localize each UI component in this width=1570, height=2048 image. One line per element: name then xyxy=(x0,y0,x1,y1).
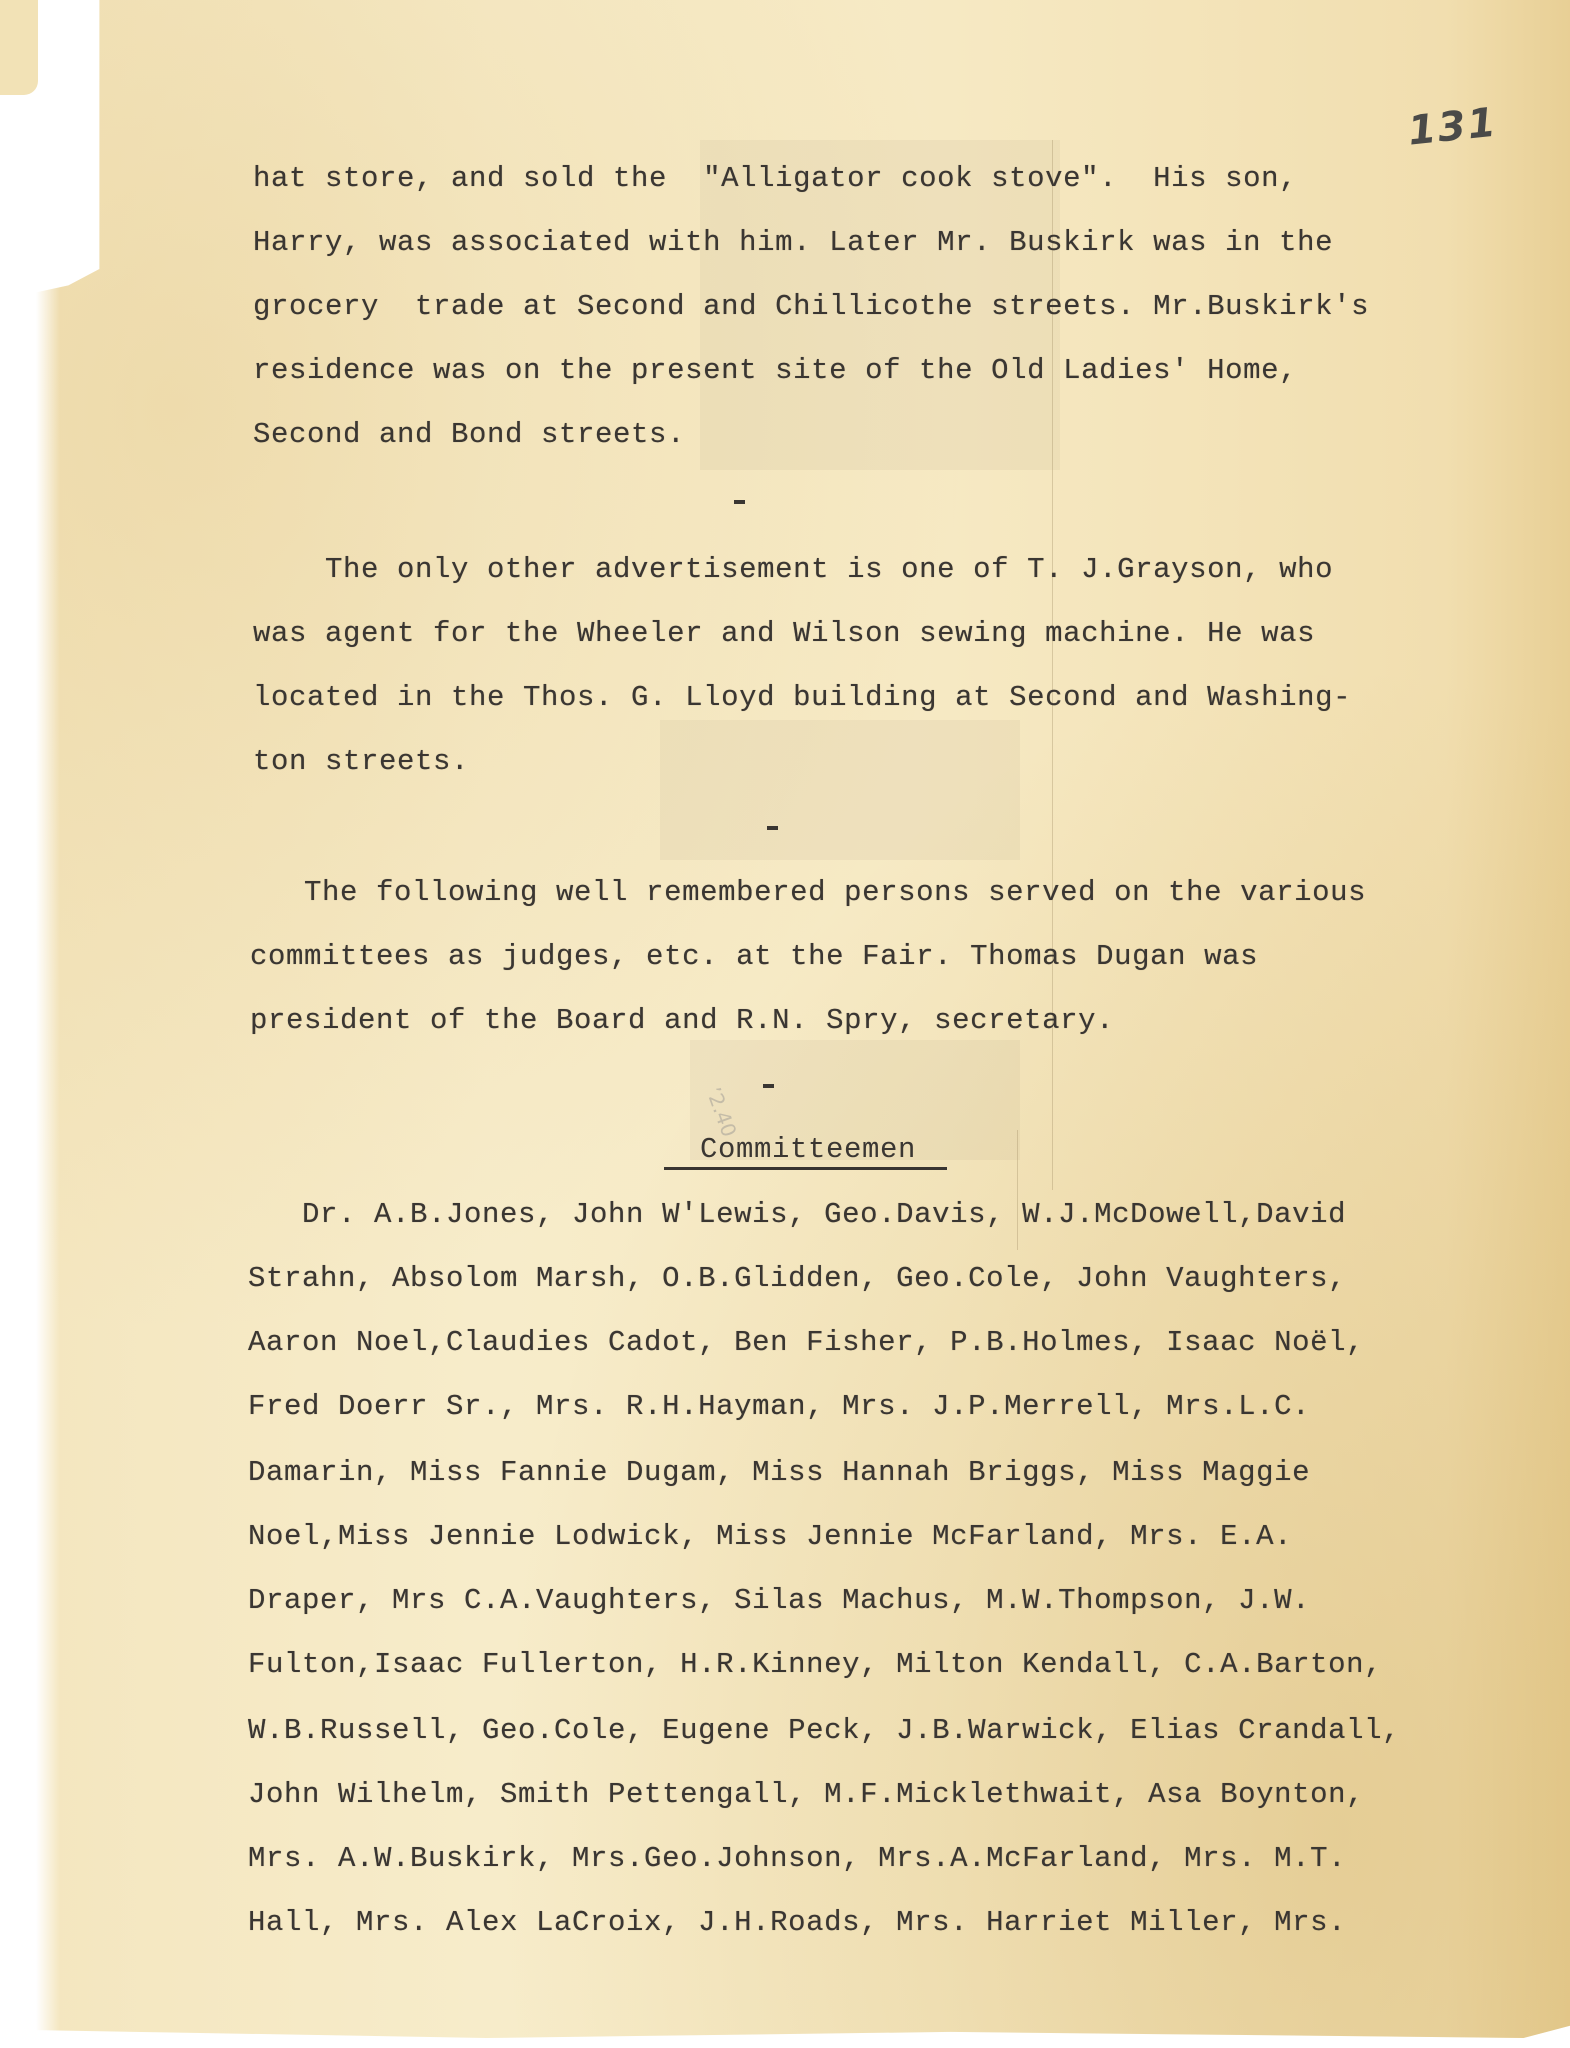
text-line: president of the Board and R.N. Spry, se… xyxy=(250,1004,1114,1037)
committee-heading: Committeemen xyxy=(700,1133,916,1166)
text-line: committees as judges, etc. at the Fair. … xyxy=(250,940,1258,973)
text-line: Mrs. A.W.Buskirk, Mrs.Geo.Johnson, Mrs.A… xyxy=(248,1842,1346,1875)
fold-line xyxy=(1017,1130,1018,1250)
text-line: Damarin, Miss Fannie Dugam, Miss Hannah … xyxy=(248,1456,1310,1489)
paragraph-2: The only other advertisement is one of T… xyxy=(253,553,289,718)
paragraph-1: hat store, and sold the "Alligator cook … xyxy=(253,162,289,360)
text-line: Fulton,Isaac Fullerton, H.R.Kinney, Milt… xyxy=(248,1648,1382,1681)
bleed-through-patch xyxy=(660,720,1020,860)
text-line: grocery trade at Second and Chillicothe … xyxy=(253,290,1369,323)
text-line: Hall, Mrs. Alex LaCroix, J.H.Roads, Mrs.… xyxy=(248,1906,1346,1939)
text-line: Aaron Noel,Claudies Cadot, Ben Fisher, P… xyxy=(248,1326,1364,1359)
text-line: Noel,Miss Jennie Lodwick, Miss Jennie Mc… xyxy=(248,1520,1292,1553)
section-separator xyxy=(734,500,745,504)
text-line: was agent for the Wheeler and Wilson sew… xyxy=(253,617,1315,650)
text-line: residence was on the present site of the… xyxy=(253,354,1297,387)
section-separator xyxy=(767,826,778,830)
text-line: The only other advertisement is one of T… xyxy=(253,553,1333,586)
page-number: 131 xyxy=(1406,99,1500,154)
text-line: Strahn, Absolom Marsh, O.B.Glidden, Geo.… xyxy=(248,1262,1346,1295)
text-line: hat store, and sold the "Alligator cook … xyxy=(253,162,1297,195)
paragraph-3: The following well remembered persons se… xyxy=(250,876,286,1008)
text-line: Fred Doerr Sr., Mrs. R.H.Hayman, Mrs. J.… xyxy=(248,1390,1310,1423)
section-separator xyxy=(763,1084,774,1088)
text-line: ton streets. xyxy=(253,745,469,778)
text-line: Harry, was associated with him. Later Mr… xyxy=(253,226,1333,259)
text-line: Draper, Mrs C.A.Vaughters, Silas Machus,… xyxy=(248,1584,1310,1617)
paper-flap xyxy=(0,0,38,95)
heading-underline xyxy=(664,1167,947,1170)
text-line: Dr. A.B.Jones, John W'Lewis, Geo.Davis, … xyxy=(248,1198,1346,1231)
text-line: W.B.Russell, Geo.Cole, Eugene Peck, J.B.… xyxy=(248,1714,1400,1747)
committee-list: Dr. A.B.Jones, John W'Lewis, Geo.Davis, … xyxy=(248,1198,284,1627)
text-line: The following well remembered persons se… xyxy=(250,876,1366,909)
text-line: located in the Thos. G. Lloyd building a… xyxy=(253,681,1351,714)
text-line: John Wilhelm, Smith Pettengall, M.F.Mick… xyxy=(248,1778,1364,1811)
text-line: Second and Bond streets. xyxy=(253,418,685,451)
